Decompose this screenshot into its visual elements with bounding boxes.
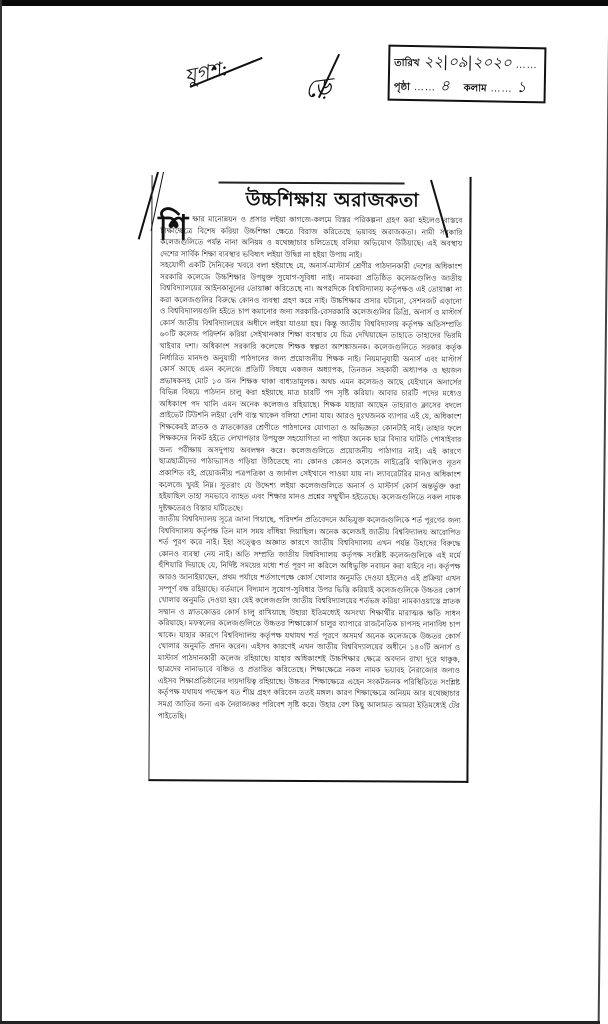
date-page-column-stamp: তারিখ ২২|০৯|২০২০ …… পৃষ্ঠা …… ৪ কলাম …… … (388, 45, 547, 104)
scan-top-border (0, 0, 608, 6)
newspaper-clipping: উচ্চশিক্ষায় অরাজকতা শি ক্ষার মানোন্নয়ন… (148, 175, 471, 783)
handwritten-initials: যুগশ: (182, 54, 231, 95)
stamp-page-value: ৪ (440, 75, 450, 100)
stamp-dots: …… (414, 82, 436, 93)
scan-right-border (598, 0, 608, 1024)
stamp-date-value: ২২|০৯|২০২০ (423, 50, 512, 77)
stamp-date-label: তারিখ (394, 56, 420, 73)
stamp-column-label: কলাম (464, 81, 487, 98)
article-body: ক্ষার মানোন্নয়ন ও প্রসার লইয়া কাগজে-কল… (158, 213, 463, 723)
stamp-column-value: ১ (516, 76, 526, 101)
article-paragraph: সহযোগী একটি দৈনিকের খবরে বলা হইয়াছে যে,… (159, 259, 462, 515)
stamp-date-row: তারিখ ২২|০৯|২০২০ …… (394, 50, 540, 77)
article-paragraph: ক্ষার মানোন্নয়ন ও প্রসার লইয়া কাগজে-কল… (160, 213, 462, 261)
stamp-dots: …… (490, 83, 512, 94)
stamp-page-column-row: পৃষ্ঠা …… ৪ কলাম …… ১ (394, 74, 540, 101)
stamp-dots: …… (516, 60, 538, 71)
stamp-page-label: পৃষ্ঠা (394, 80, 410, 97)
headline-rule (219, 182, 405, 185)
scan-left-border (0, 0, 2, 1024)
article-paragraph: জাতীয় বিশ্ববিদ্যালয় সূত্রে জানা গিয়াছ… (158, 513, 461, 722)
